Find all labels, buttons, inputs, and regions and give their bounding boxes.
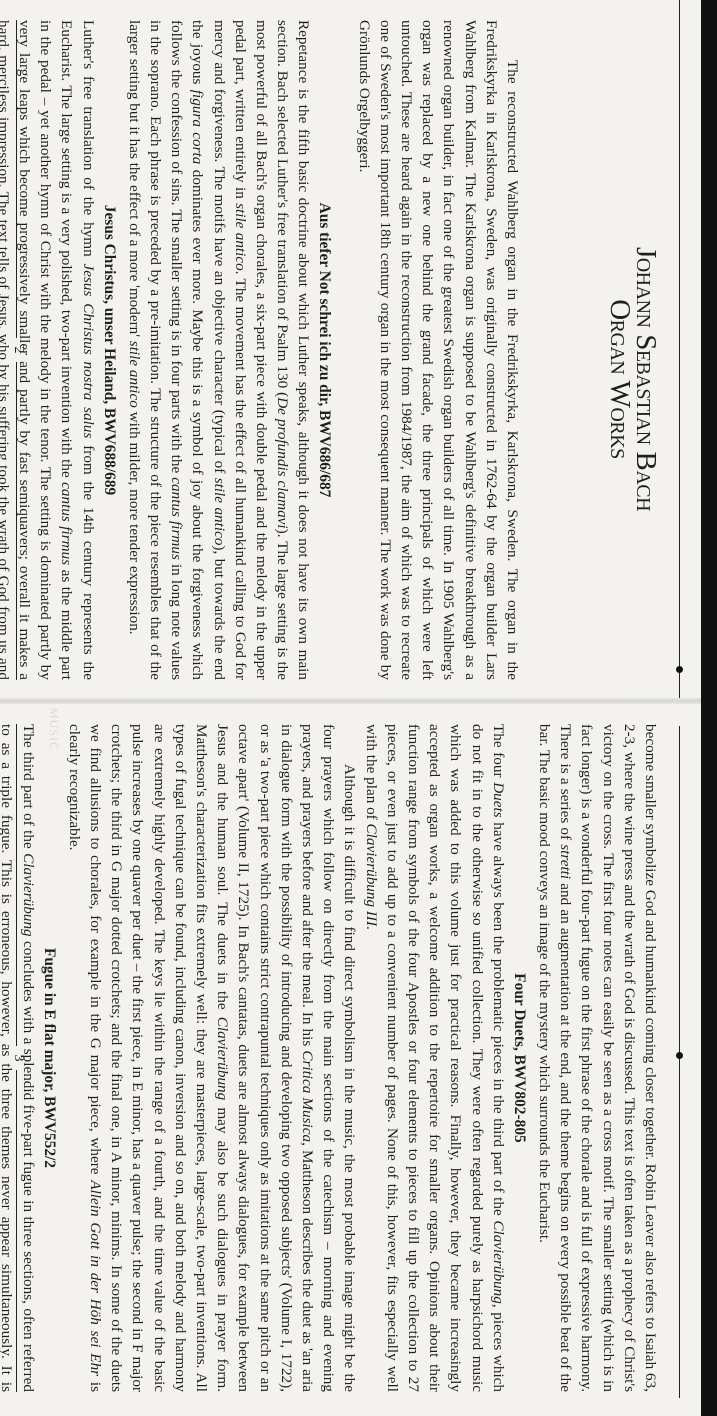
page-footer: 3 (10, 724, 24, 1392)
scan-watermark: MUSIC (46, 708, 61, 751)
header-rule (679, 726, 680, 1398)
page-2-body: The reconstructed Wahlberg organ in the … (0, 20, 523, 680)
page-number: 3 (10, 1048, 26, 1068)
section-paragraph: Although it is difficult to find direct … (64, 724, 361, 1392)
section-heading: Four Duets, BWV802-805 (509, 724, 530, 1392)
page-title: Johann Sebastian Bach Organ Works (607, 60, 659, 698)
continuation-paragraph: become smaller symbolize God and humanki… (534, 724, 661, 1392)
page-3: become smaller symbolize God and humanki… (0, 704, 701, 1416)
section-paragraph: The four Duets have always been the prob… (360, 724, 508, 1392)
footer-rule-right (16, 1070, 17, 1392)
title-line-1: Johann Sebastian Bach (633, 60, 659, 698)
header-rule-dot (676, 666, 683, 673)
footer-rule-right (16, 362, 17, 680)
section-heading: Fugue in E flat major, BWV552/2 (39, 724, 60, 1392)
booklet-spread: Johann Sebastian Bach Organ Works The re… (0, 0, 717, 1416)
page-2: Johann Sebastian Bach Organ Works The re… (0, 0, 701, 698)
header-rule (679, 0, 680, 698)
scan-edge (701, 0, 717, 1416)
page-footer: 2 (10, 20, 24, 680)
header-rule-dot (676, 1052, 683, 1059)
page-number: 2 (10, 340, 26, 360)
section-heading: Jesus Christus, unser Heiland, BWV688/68… (99, 20, 120, 680)
footer-rule-left (16, 724, 17, 1046)
section-paragraph: Repetance is the fifth basic doctrine ab… (124, 20, 315, 680)
title-line-2: Organ Works (607, 60, 633, 698)
page-3-body: become smaller symbolize God and humanki… (0, 724, 661, 1392)
section-heading: Aus tiefer Not schrei ich zu dir, BWV686… (314, 20, 335, 680)
intro-paragraph: The reconstructed Wahlberg organ in the … (353, 20, 523, 680)
footer-rule-left (16, 20, 17, 338)
